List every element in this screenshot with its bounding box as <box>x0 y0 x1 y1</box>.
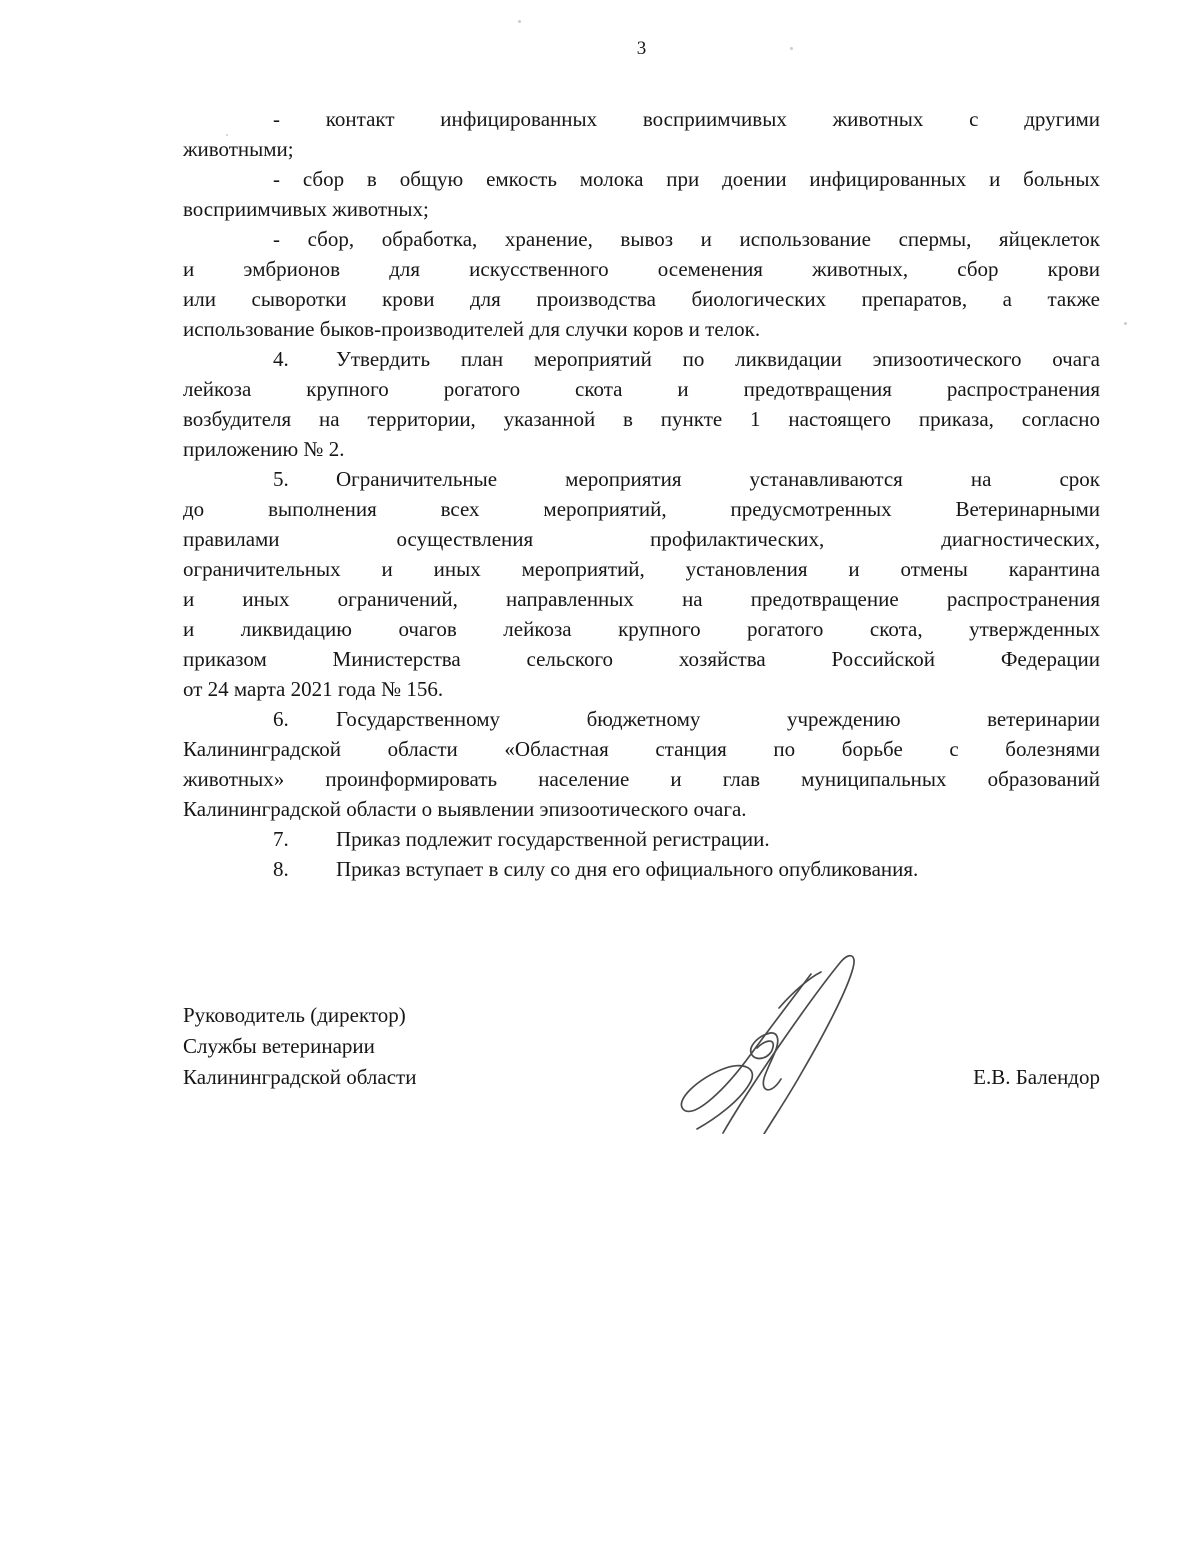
text-line: животных» проинформировать население и г… <box>183 764 1100 794</box>
signature-block: Руководитель (директор) Службы ветеринар… <box>183 1000 1100 1096</box>
text-line: лейкоза крупного рогатого скота и предот… <box>183 374 1100 404</box>
text-line: приказом Министерства сельского хозяйств… <box>183 644 1100 674</box>
text-line: использование быков-производителей для с… <box>183 314 1100 344</box>
document-page: 3 - контакт инфицированных восприимчивых… <box>0 0 1200 1553</box>
scan-speck <box>518 20 521 23</box>
paragraphs-container: - контакт инфицированных восприимчивых ж… <box>183 104 1100 884</box>
signer-title-line: Руководитель (директор) <box>183 1000 416 1031</box>
text-line: ограничительных и иных мероприятий, уста… <box>183 554 1100 584</box>
text-line: - контакт инфицированных восприимчивых ж… <box>183 104 1100 134</box>
handwritten-signature-icon <box>661 948 903 1134</box>
list-marker: 5. <box>273 464 336 494</box>
text-line: 5.Ограничительные мероприятия устанавлив… <box>183 464 1100 494</box>
paragraph: - сбор, обработка, хранение, вывоз и исп… <box>183 224 1100 344</box>
signer-title-line: Службы ветеринарии <box>183 1031 416 1062</box>
text-line: - сбор, обработка, хранение, вывоз и исп… <box>183 224 1100 254</box>
text-line: - сбор в общую емкость молока при доении… <box>183 164 1100 194</box>
paragraph: 5.Ограничительные мероприятия устанавлив… <box>183 464 1100 704</box>
paragraph: - сбор в общую емкость молока при доении… <box>183 164 1100 224</box>
paragraph: 8.Приказ вступает в силу со дня его офиц… <box>183 854 1100 884</box>
text-line: и ликвидацию очагов лейкоза крупного рог… <box>183 614 1100 644</box>
text-line: и иных ограничений, направленных на пред… <box>183 584 1100 614</box>
text-line: 6.Государственному бюджетному учреждению… <box>183 704 1100 734</box>
text-line: 7.Приказ подлежит государственной регист… <box>183 824 1100 854</box>
page-number: 3 <box>183 38 1100 60</box>
paragraph: - контакт инфицированных восприимчивых ж… <box>183 104 1100 164</box>
document-body: - контакт инфицированных восприимчивых ж… <box>183 104 1100 1096</box>
text-line: Калининградской области «Областная станц… <box>183 734 1100 764</box>
signer-title-line: Калининградской области <box>183 1062 416 1093</box>
text-line: 4.Утвердить план мероприятий по ликвидац… <box>183 344 1100 374</box>
list-marker: 7. <box>273 824 336 854</box>
list-marker: 4. <box>273 344 336 374</box>
text-line: возбудителя на территории, указанной в п… <box>183 404 1100 434</box>
paragraph: 6.Государственному бюджетному учреждению… <box>183 704 1100 824</box>
text-line: и эмбрионов для искусственного осеменени… <box>183 254 1100 284</box>
paragraph: 4.Утвердить план мероприятий по ликвидац… <box>183 344 1100 464</box>
scan-speck <box>790 47 793 50</box>
text-line: от 24 марта 2021 года № 156. <box>183 674 1100 704</box>
text-line: или сыворотки крови для производства био… <box>183 284 1100 314</box>
text-line: Калининградской области о выявлении эпиз… <box>183 794 1100 824</box>
text-line: 8.Приказ вступает в силу со дня его офиц… <box>183 854 1100 884</box>
list-marker: 6. <box>273 704 336 734</box>
paragraph: 7.Приказ подлежит государственной регист… <box>183 824 1100 854</box>
scan-speck <box>1124 322 1127 325</box>
text-line: до выполнения всех мероприятий, предусмо… <box>183 494 1100 524</box>
text-line: приложению № 2. <box>183 434 1100 464</box>
signer-name: Е.В. Балендор <box>973 1062 1100 1093</box>
text-line: восприимчивых животных; <box>183 194 1100 224</box>
text-line: правилами осуществления профилактических… <box>183 524 1100 554</box>
text-line: животными; <box>183 134 1100 164</box>
signer-title: Руководитель (директор) Службы ветеринар… <box>183 1000 416 1093</box>
list-marker: 8. <box>273 854 336 884</box>
scan-speck <box>226 134 228 136</box>
